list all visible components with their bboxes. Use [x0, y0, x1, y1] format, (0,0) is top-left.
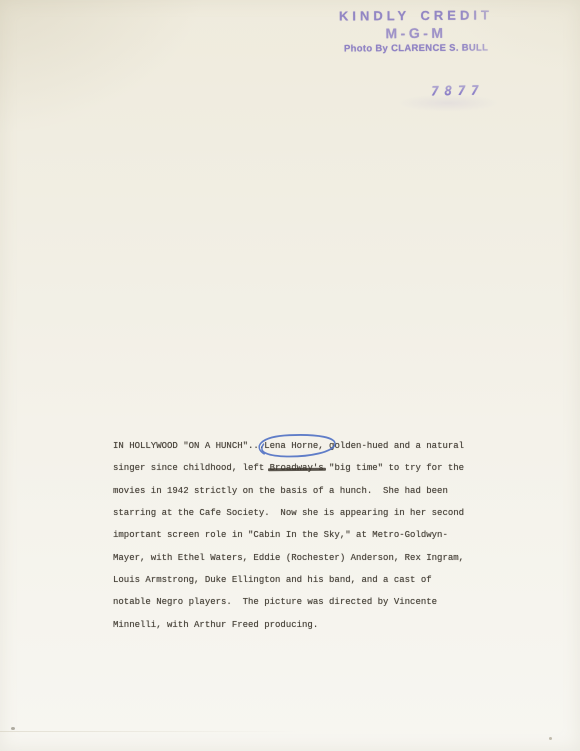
caption-line: important screen role in "Cabin In the S…	[113, 530, 448, 540]
paper-speck	[549, 737, 552, 740]
caption-line2-suffix: "big time" to try for the	[324, 463, 464, 473]
caption-line: notable Negro players. The picture was d…	[113, 597, 437, 607]
typed-caption: IN HOLLYWOOD "ON A HUNCH"...Lena Horne, …	[113, 441, 485, 631]
caption-line: Minnelli, with Arthur Freed producing.	[113, 620, 318, 630]
paper-speck	[11, 727, 15, 730]
struck-word: Broadway's	[270, 463, 324, 474]
paper-crease	[0, 731, 300, 732]
caption-line1-suffix: , golden-hued and a natural	[318, 441, 464, 451]
stamp-photographer-credit-line: Photo By CLARENCE S. BULL	[338, 42, 494, 54]
stamp-mgm-line: M-G-M	[338, 24, 494, 41]
circled-name: Lena Horne	[264, 441, 318, 452]
caption-line: starring at the Cafe Society. Now she is…	[113, 508, 464, 518]
caption-line1-prefix: IN HOLLYWOOD "ON A HUNCH"...	[113, 441, 264, 451]
caption-line2-prefix: singer since childhood, left	[113, 463, 270, 473]
caption-line: Mayer, with Ethel Waters, Eddie (Rochest…	[113, 553, 464, 563]
caption-line: Louis Armstrong, Duke Ellington and his …	[113, 575, 432, 585]
stamp-kindly-credit-line: KINDLY CREDIT	[338, 7, 494, 23]
studio-credit-stamp: KINDLY CREDIT M-G-M Photo By CLARENCE S.…	[338, 7, 494, 54]
caption-line: movies in 1942 strictly on the basis of …	[113, 486, 448, 496]
caption-circled-text: Lena Horne	[264, 441, 318, 451]
photo-verso-paper: KINDLY CREDIT M-G-M Photo By CLARENCE S.…	[0, 0, 580, 751]
reference-number-stamp: 7877	[431, 84, 485, 100]
